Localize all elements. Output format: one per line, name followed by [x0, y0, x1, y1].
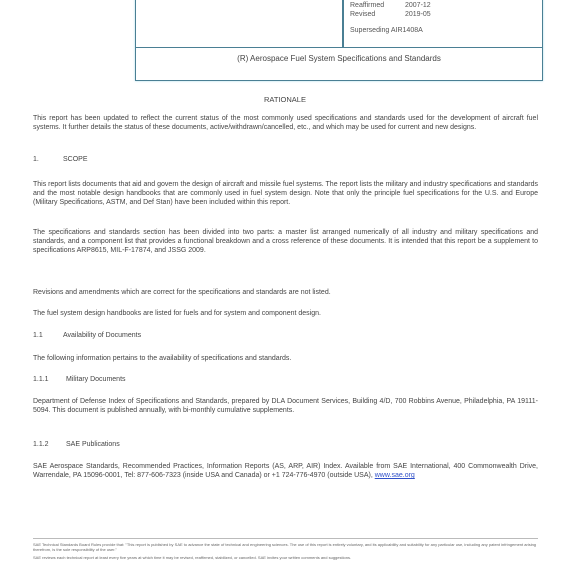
- military-text: Department of Defense Index of Specifica…: [33, 397, 538, 415]
- footer-notice-2: SAE reviews each technical report at lea…: [33, 555, 538, 560]
- sae-text: SAE Aerospace Standards, Recommended Pra…: [33, 462, 538, 480]
- meta-value: 2019-05: [405, 10, 431, 19]
- footer-divider: [33, 538, 538, 539]
- document-header-box: Reaffirmed 2007-12 Revised 2019-05 Super…: [135, 0, 543, 81]
- meta-value: 2007-12: [405, 1, 431, 10]
- footer-notice-1: SAE Technical Standards Board Rules prov…: [33, 542, 538, 552]
- scope-paragraph-1: This report lists documents that aid and…: [33, 180, 538, 207]
- meta-label: Revised: [350, 10, 405, 19]
- sae-text-body: SAE Aerospace Standards, Recommended Pra…: [33, 463, 538, 479]
- availability-text: The following information pertains to th…: [33, 354, 538, 363]
- section-military-heading: 1.1.1Military Documents: [33, 376, 126, 383]
- rationale-text: This report has been updated to reflect …: [33, 114, 538, 132]
- header-top-section: Reaffirmed 2007-12 Revised 2019-05 Super…: [136, 0, 542, 48]
- scope-paragraph-4: The fuel system design handbooks are lis…: [33, 309, 538, 318]
- section-number: 1.1.1: [33, 376, 66, 383]
- section-scope-heading: 1.SCOPE: [33, 156, 88, 163]
- section-sae-heading: 1.1.2SAE Publications: [33, 441, 120, 448]
- document-metadata: Reaffirmed 2007-12 Revised 2019-05 Super…: [350, 1, 431, 35]
- header-divider: [342, 0, 344, 47]
- section-title: SAE Publications: [66, 441, 120, 448]
- section-title: SCOPE: [63, 156, 88, 163]
- scope-paragraph-3: Revisions and amendments which are corre…: [33, 288, 538, 297]
- section-number: 1.: [33, 156, 63, 163]
- meta-label: Reaffirmed: [350, 1, 405, 10]
- section-number: 1.1.2: [33, 441, 66, 448]
- section-availability-heading: 1.1Availability of Documents: [33, 332, 141, 339]
- rationale-heading: RATIONALE: [0, 95, 570, 104]
- section-title: Military Documents: [66, 376, 126, 383]
- document-title: (R) Aerospace Fuel System Specifications…: [136, 54, 542, 63]
- superseding-note: Superseding AIR1408A: [350, 26, 431, 35]
- sae-website-link[interactable]: www.sae.org: [375, 472, 415, 479]
- meta-reaffirmed: Reaffirmed 2007-12: [350, 1, 431, 10]
- section-number: 1.1: [33, 332, 63, 339]
- meta-revised: Revised 2019-05: [350, 10, 431, 19]
- scope-paragraph-2: The specifications and standards section…: [33, 228, 538, 255]
- section-title: Availability of Documents: [63, 332, 141, 339]
